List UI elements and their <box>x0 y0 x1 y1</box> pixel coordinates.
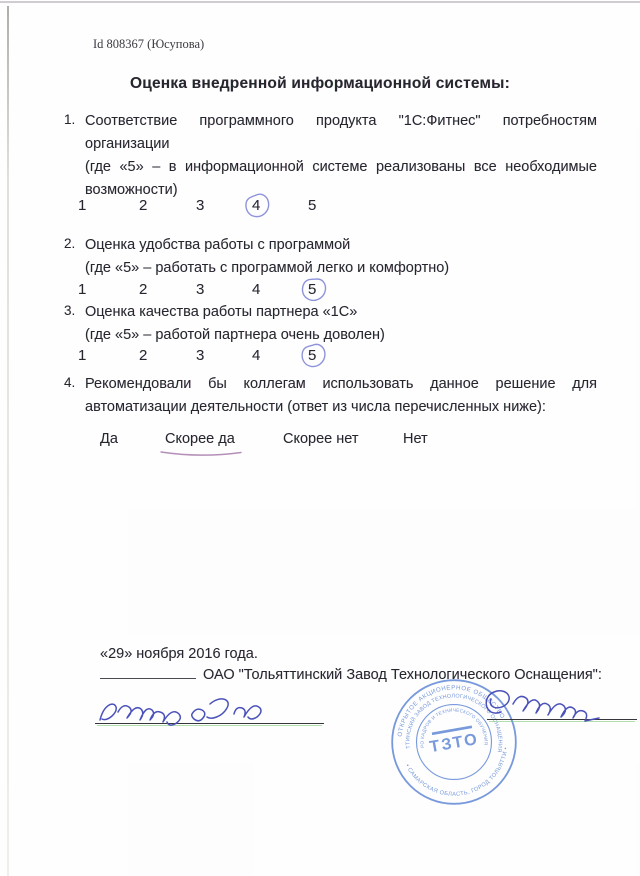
company-round-stamp: ОТКРЫТОЕ АКЦИОНЕРНОЕ ОБЩЕСТВО • САМАРСКА… <box>378 666 530 818</box>
question-1-note: (где «5» – в информационной системе реал… <box>85 156 597 202</box>
scale-3-value-5: 5 <box>308 347 316 364</box>
scale-2-value-5: 5 <box>308 281 316 298</box>
question-1-body: Соответствие программного продукта "1С:Ф… <box>85 110 597 202</box>
scale-3-value-3: 3 <box>196 347 204 364</box>
scale-3-value-2: 2 <box>139 347 147 364</box>
scale-3-value-4: 4 <box>252 347 260 364</box>
scale-1-value-5: 5 <box>308 197 316 214</box>
question-4-text: Рекомендовали бы коллегам использовать д… <box>85 373 597 419</box>
scan-edge-top <box>0 1 640 3</box>
stamp-outer-bottom-text: • САМАРСКАЯ ОБЛАСТЬ, ГОРОД ТОЛЬЯТТИ • <box>403 746 516 806</box>
question-2-text: Оценка удобства работы с программой <box>85 234 597 257</box>
rating-scale-3: 1 2 3 4 5 <box>0 347 640 373</box>
scale-1-value-3: 3 <box>196 197 204 214</box>
question-4-number: 4. <box>64 373 85 419</box>
scale-2-value-4: 4 <box>252 281 260 298</box>
rating-scale-1: 1 2 3 4 5 <box>0 197 640 223</box>
question-1-text: Соответствие программного продукта "1С:Ф… <box>85 110 597 156</box>
question-3-number: 3. <box>64 301 85 347</box>
question-2-number: 2. <box>64 234 85 280</box>
question-1-number: 1. <box>64 110 85 202</box>
question-2: 2. Оценка удобства работы с программой (… <box>64 234 597 280</box>
page-title: Оценка внедренной информационной системы… <box>0 75 640 93</box>
question-3-note: (где «5» – работой партнера очень доволе… <box>85 324 597 347</box>
question-1: 1. Соответствие программного продукта "1… <box>64 110 597 202</box>
question-3-text: Оценка качества работы партнера «1С» <box>85 301 597 324</box>
question-4-options: Да Скорее да Скорее нет Нет <box>0 431 640 455</box>
scale-1-value-4: 4 <box>252 197 260 214</box>
option-no: Нет <box>403 431 428 447</box>
scale-2-value-1: 1 <box>78 281 86 298</box>
date-line: «29» ноября 2016 года. <box>100 646 258 662</box>
signature-line-left <box>95 708 324 724</box>
document-id: Id 808367 (Юсупова) <box>93 37 204 52</box>
signature-blank-line <box>100 665 196 679</box>
question-3-body: Оценка качества работы партнера «1С» (гд… <box>85 301 597 347</box>
question-4: 4. Рекомендовали бы коллегам использоват… <box>64 373 597 419</box>
scale-1-value-2: 2 <box>139 197 147 214</box>
scale-1-value-1: 1 <box>78 197 86 214</box>
scale-3-value-1: 1 <box>78 347 86 364</box>
svg-text:• САМАРСКАЯ ОБЛАСТЬ, ГОРОД ТОЛ: • САМАРСКАЯ ОБЛАСТЬ, ГОРОД ТОЛЬЯТТИ • <box>403 746 516 806</box>
scale-2-value-3: 3 <box>196 281 204 298</box>
scanned-document-page: Id 808367 (Юсупова) Оценка внедренной ин… <box>0 0 640 876</box>
question-2-note: (где «5» – работать с программой легко и… <box>85 257 597 280</box>
scale-2-value-2: 2 <box>139 281 147 298</box>
option-rather-no: Скорее нет <box>283 431 359 447</box>
option-rather-yes-selected: Скорее да <box>165 431 235 447</box>
question-2-body: Оценка удобства работы с программой (где… <box>85 234 597 280</box>
option-yes: Да <box>100 431 118 447</box>
signature-line-right <box>487 704 637 720</box>
question-3: 3. Оценка качества работы партнера «1С» … <box>64 301 597 347</box>
